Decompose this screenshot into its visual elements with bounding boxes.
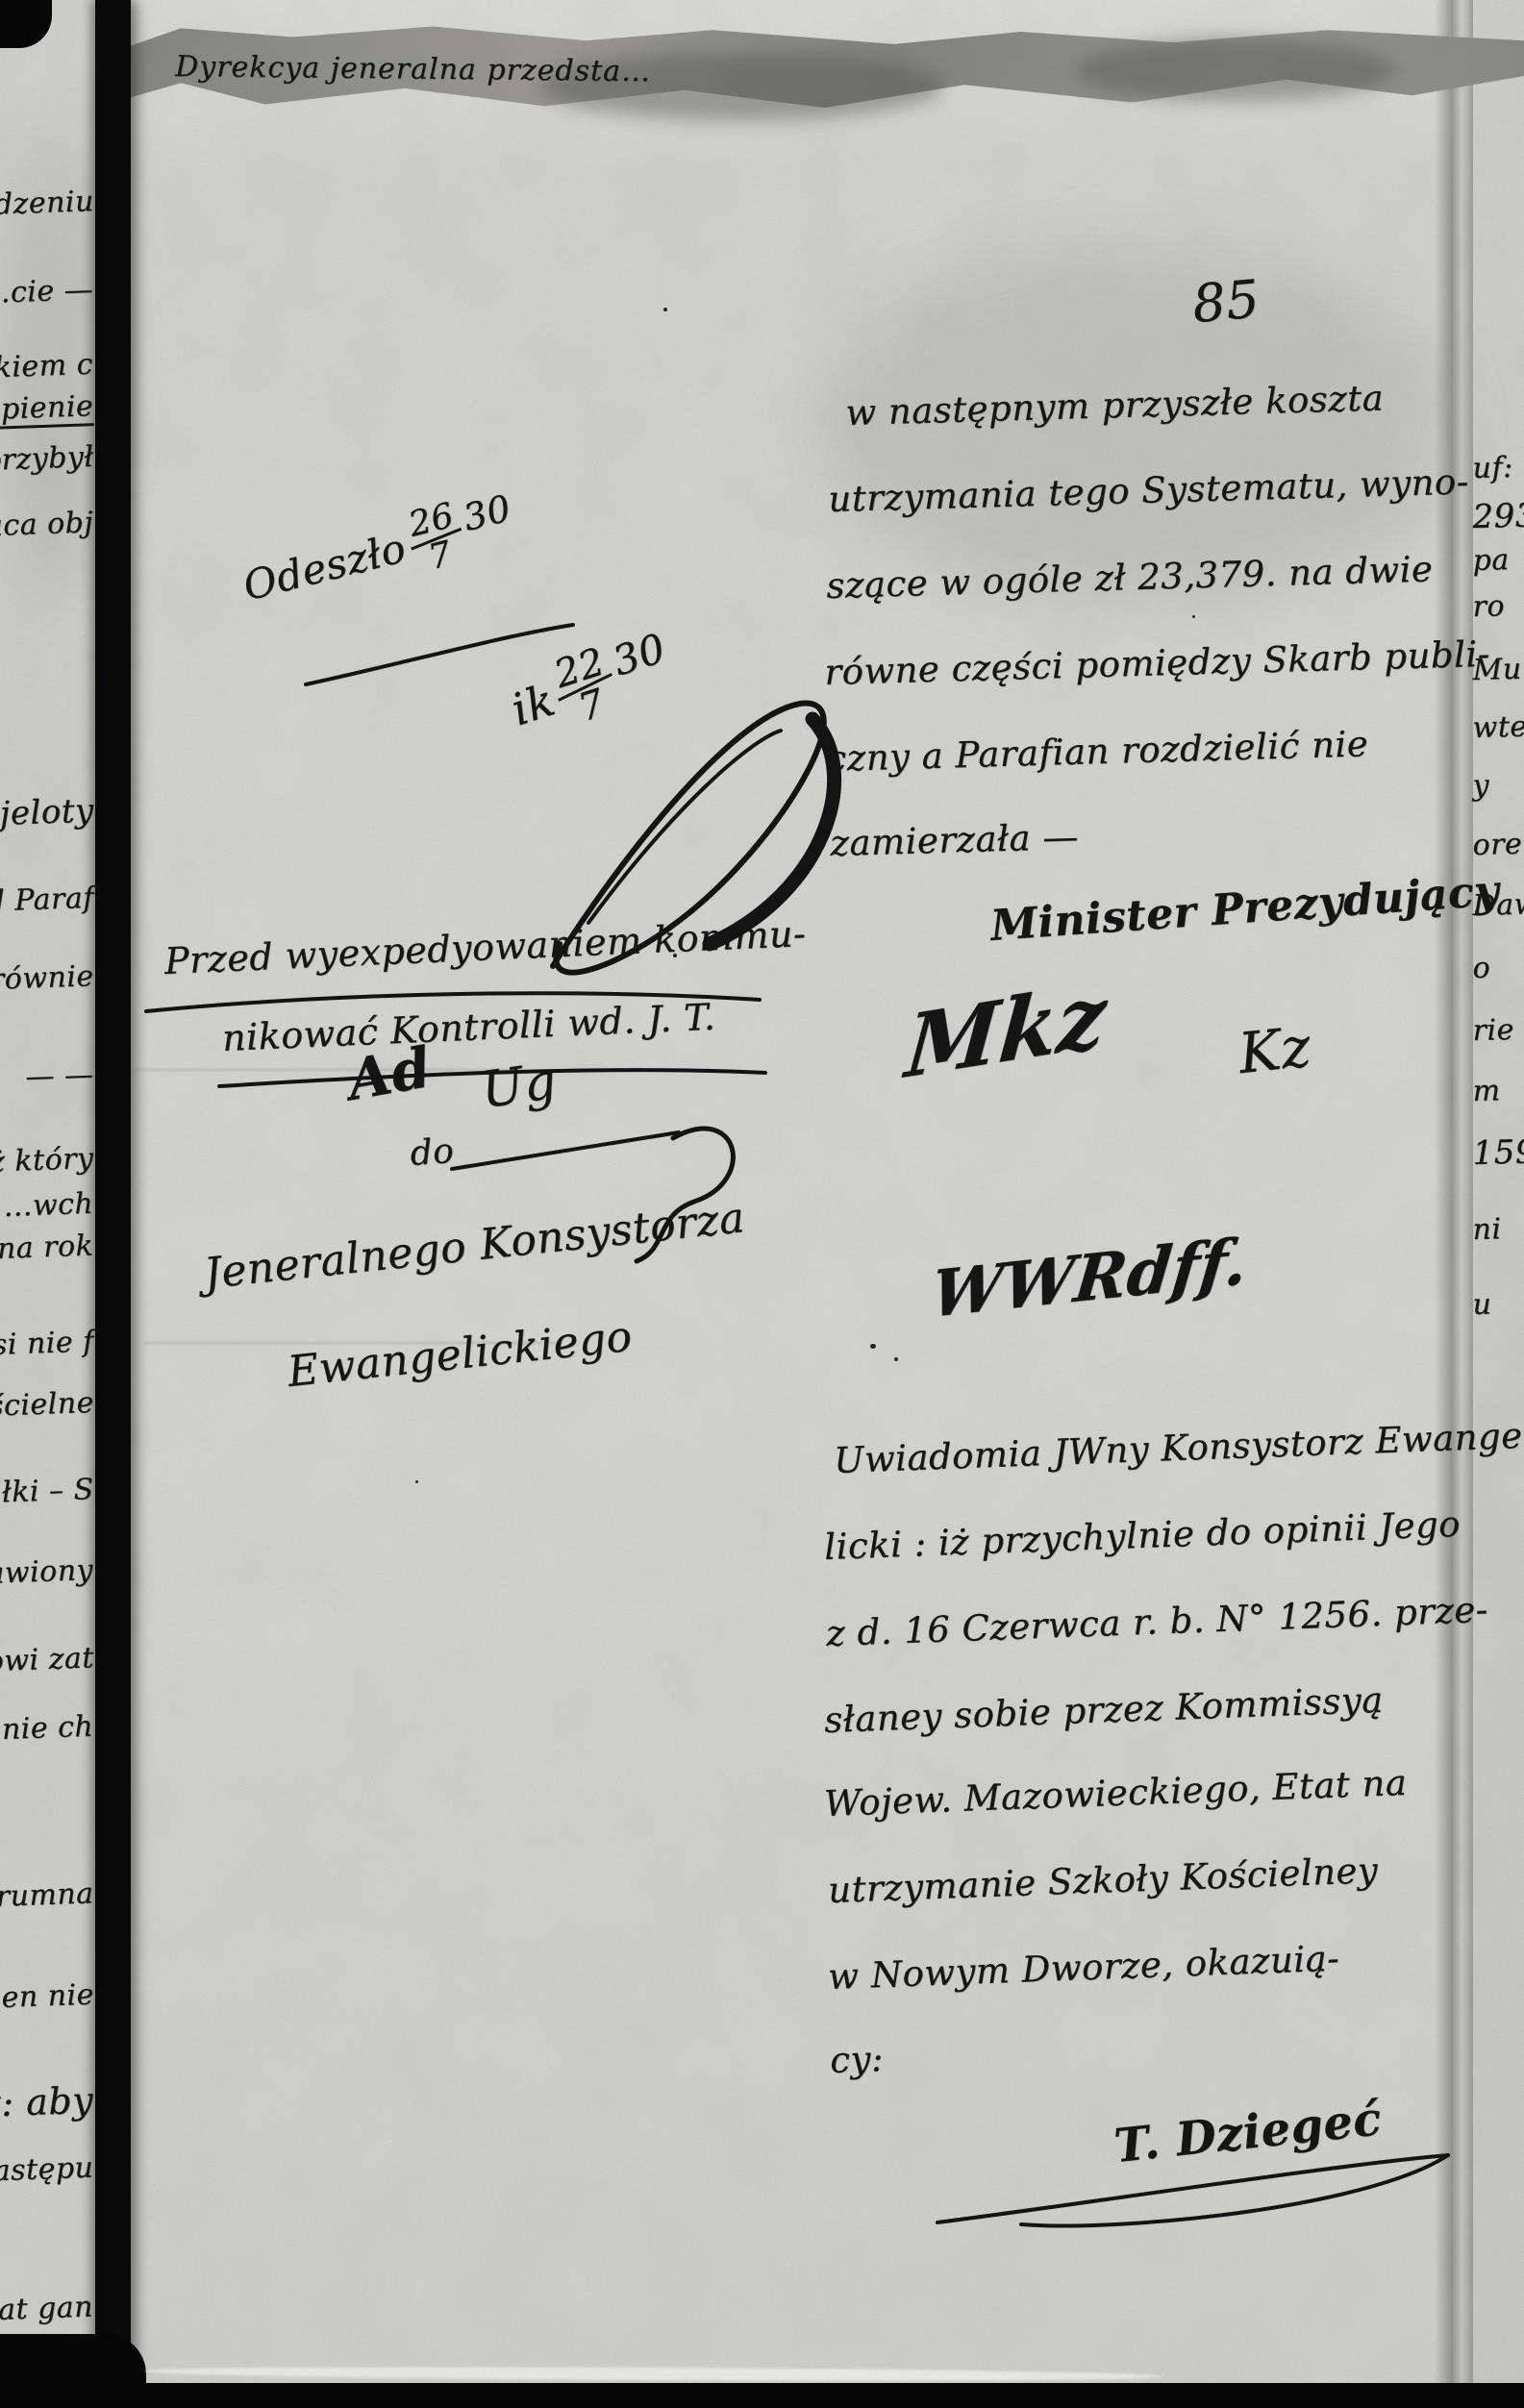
right-fragment: rie bbox=[1472, 1013, 1514, 1048]
page-fold-shadow bbox=[1435, 0, 1473, 2408]
ink-speck bbox=[673, 954, 677, 957]
left-fragment: …jeloty bbox=[0, 791, 94, 834]
binding-gutter bbox=[95, 0, 131, 2408]
left-fragment: …olen nie bbox=[0, 1978, 94, 2017]
addressee-do: do bbox=[409, 1131, 455, 1174]
page-number: 85 bbox=[1190, 268, 1262, 335]
manuscript-scan: Dyrekcya jeneralna przedsta… 85 …dochodz… bbox=[0, 0, 1524, 2408]
dispatch-date-fraction: 26 7 bbox=[406, 502, 465, 576]
right-fragment: uf: bbox=[1472, 451, 1513, 485]
right-fragment: ro bbox=[1472, 589, 1505, 624]
right-fragment: Mu bbox=[1472, 653, 1522, 687]
left-fragment: — — bbox=[25, 1058, 94, 1094]
right-fragment: ni bbox=[1472, 1212, 1502, 1247]
left-fragment: …równie bbox=[0, 959, 94, 998]
dispatch-month: 7 bbox=[426, 539, 455, 573]
ink-speck bbox=[894, 1357, 898, 1361]
ink-speck bbox=[415, 1480, 418, 1483]
left-fragment: …wch bbox=[3, 1187, 94, 1224]
paper-crease bbox=[135, 1069, 510, 1071]
left-fragment: …cie — bbox=[0, 273, 94, 310]
scan-bottom-edge bbox=[0, 2383, 1524, 2408]
receipt-month: 7 bbox=[575, 686, 609, 725]
top-edge-smudge bbox=[1077, 38, 1394, 102]
right-fragment: m bbox=[1472, 1074, 1501, 1108]
ink-speck bbox=[663, 308, 667, 311]
left-fragment: …si nie f bbox=[0, 1325, 94, 1363]
secretary-initials-paraph: Kz bbox=[1236, 1014, 1314, 1086]
left-fragment: …kościelne bbox=[0, 1386, 94, 1426]
right-fragment: Daw bbox=[1472, 887, 1524, 923]
left-fragment: …u rumna bbox=[0, 1876, 94, 1916]
left-fragment: …na rok bbox=[0, 1229, 94, 1267]
body-line: zamierzała — bbox=[830, 816, 1080, 864]
left-fragment: …nowi zat bbox=[0, 1641, 94, 1680]
paraph-right: Ug bbox=[478, 1053, 561, 1120]
right-fragment: pa bbox=[1472, 543, 1510, 578]
right-fragment: u bbox=[1472, 1287, 1492, 1322]
left-fragment: …iż który bbox=[0, 1142, 94, 1180]
right-fragment: 1596 bbox=[1472, 1132, 1524, 1173]
adjacent-page-edge bbox=[1469, 0, 1524, 2408]
right-fragment: wte bbox=[1472, 710, 1524, 745]
ink-speck bbox=[870, 1344, 876, 1349]
right-fragment: ore bbox=[1472, 828, 1523, 862]
ink-speck bbox=[1192, 615, 1195, 618]
left-fragment: …szat gan bbox=[0, 2290, 94, 2329]
receipt-date-fraction: 22 7 bbox=[551, 645, 621, 729]
left-fragment: …dziłki – S bbox=[0, 1473, 94, 1512]
receipt-day: 22 bbox=[551, 645, 609, 691]
right-fragment: o bbox=[1472, 952, 1490, 985]
left-fragment: …następu bbox=[0, 2151, 94, 2190]
left-fragment: …i od Paraf bbox=[0, 881, 94, 921]
right-fragment: y bbox=[1472, 769, 1489, 803]
left-fragment: …nie ch bbox=[0, 1710, 94, 1748]
left-fragment: …iunkiem c bbox=[0, 348, 94, 387]
body-line: cy: bbox=[829, 2038, 884, 2081]
header-script: Dyrekcya jeneralna przedsta… bbox=[175, 50, 651, 88]
left-fragment: …ż: aby bbox=[0, 2079, 94, 2126]
left-fragment: …przybył bbox=[0, 440, 94, 479]
right-fragment: 293 bbox=[1472, 496, 1524, 536]
